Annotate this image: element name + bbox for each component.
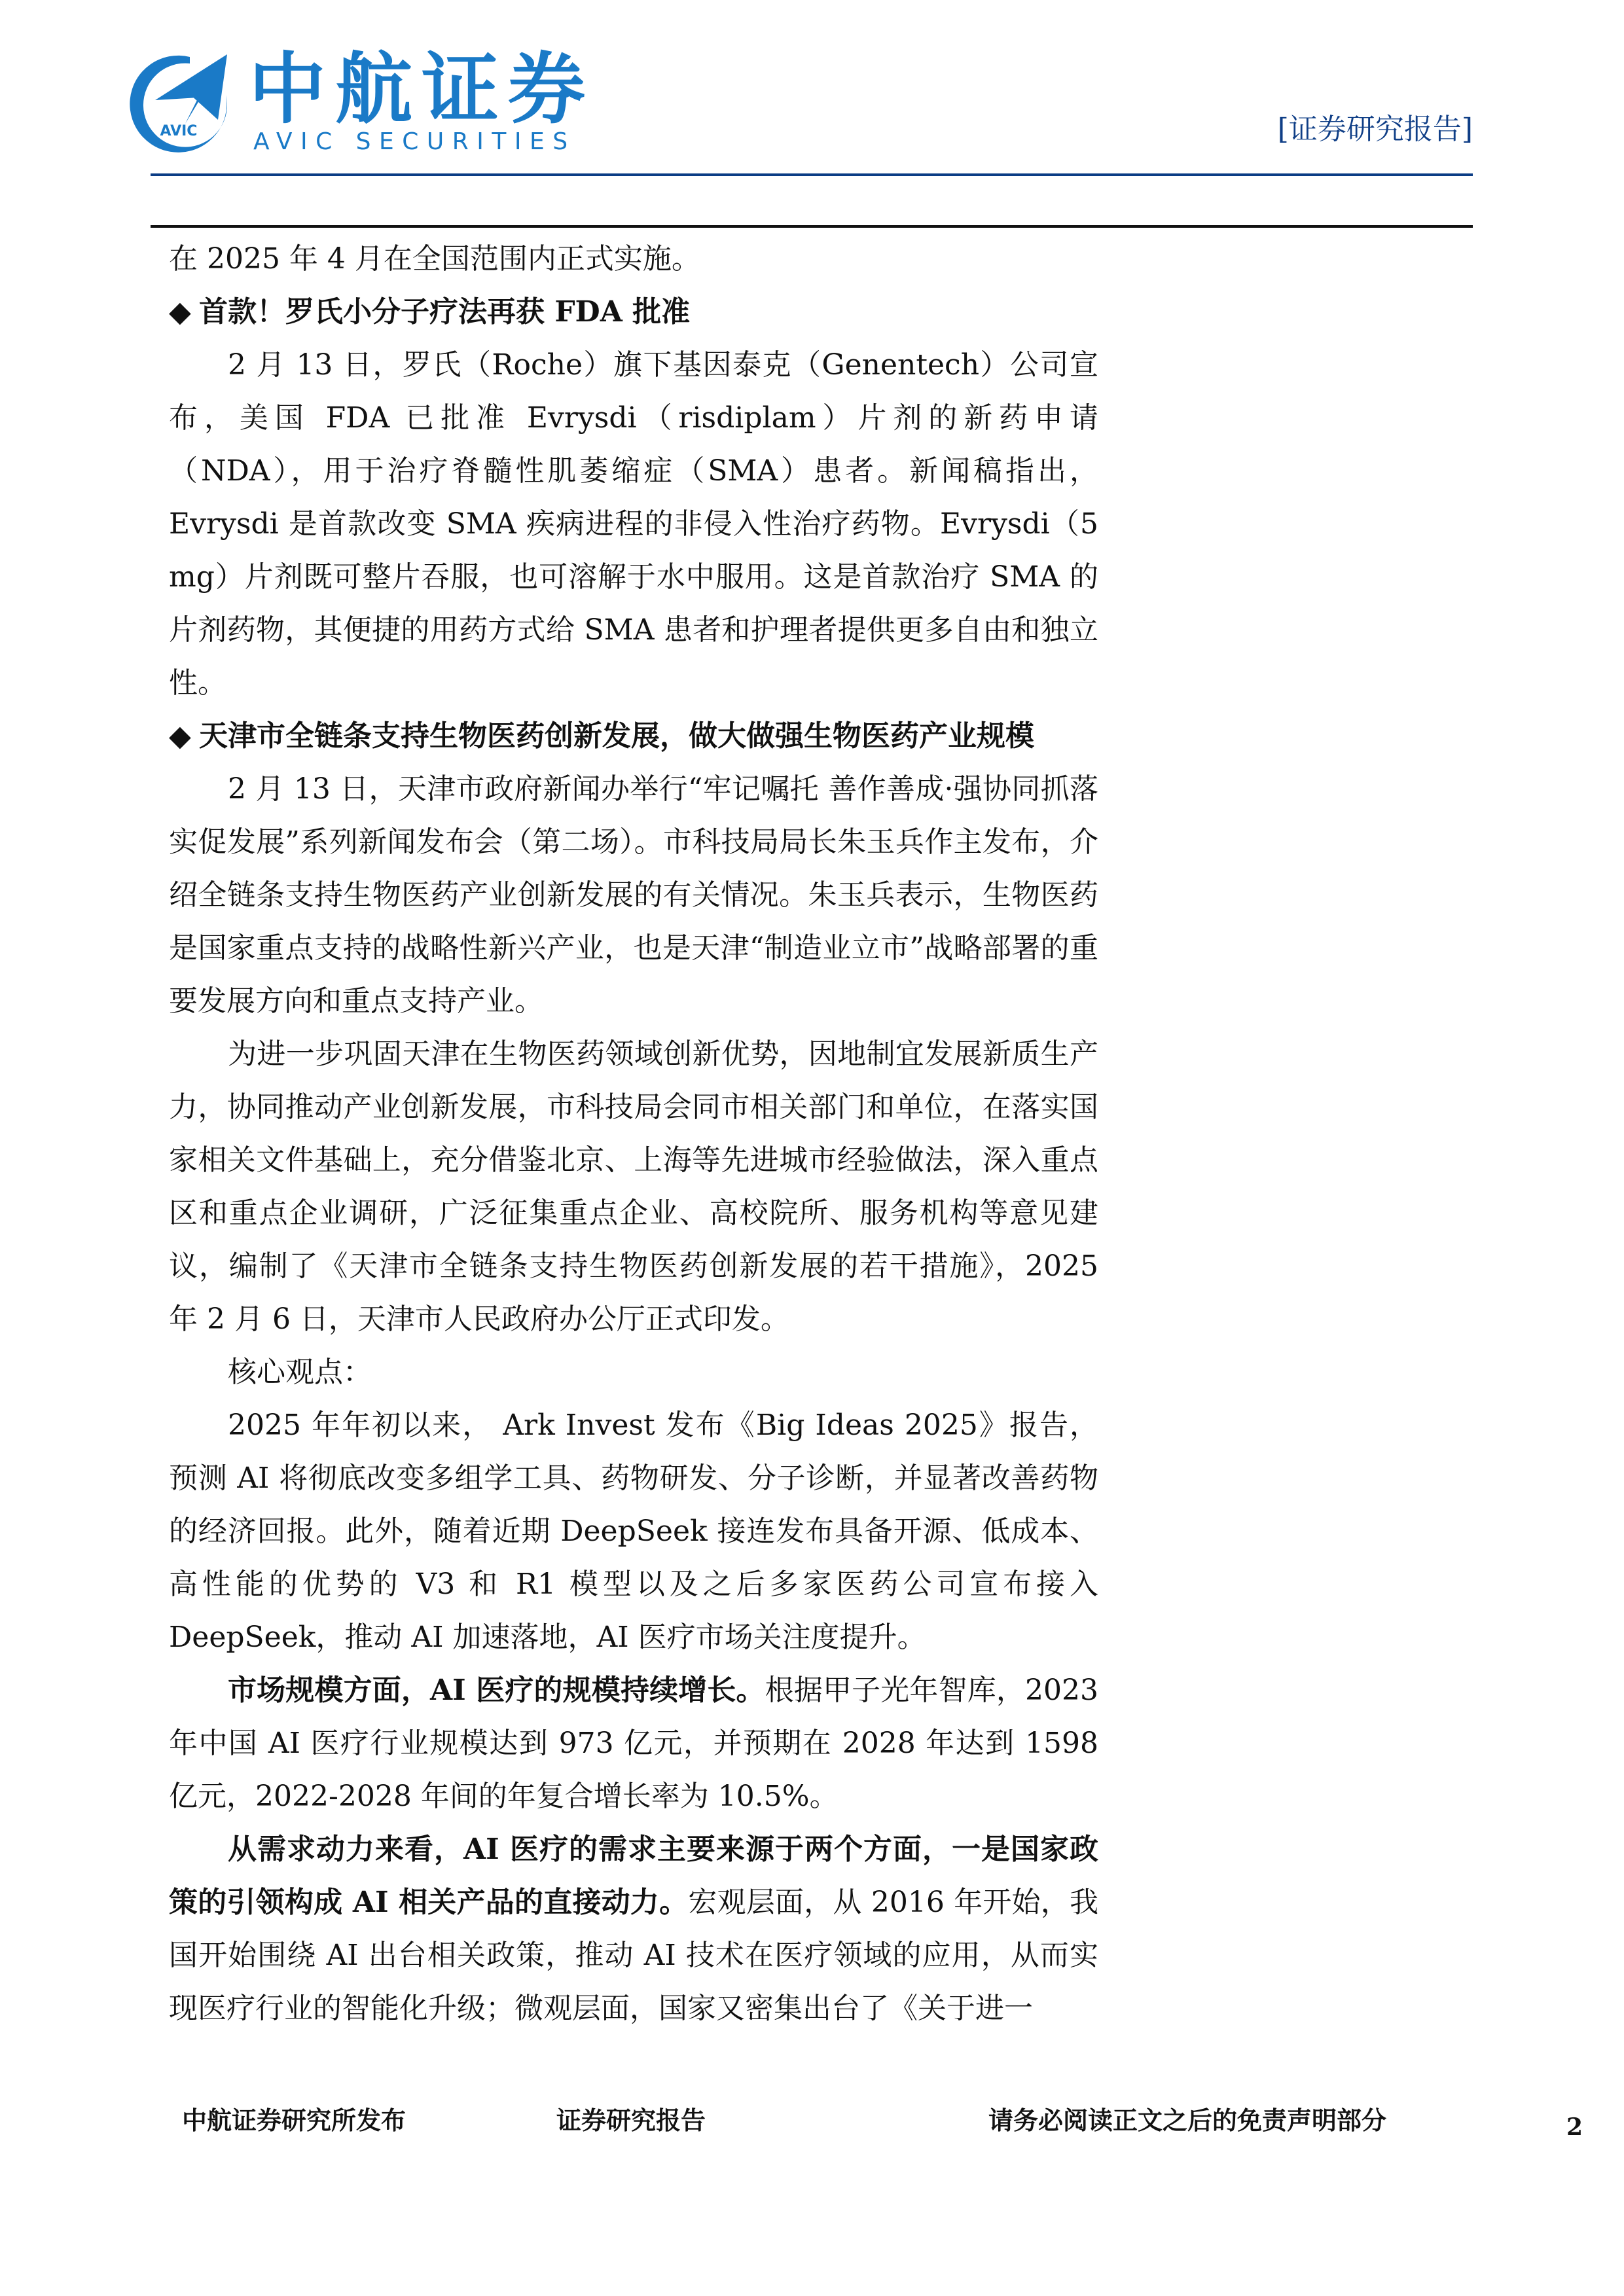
section-heading: ◆首款！罗氏小分子疗法再获 FDA 批准 bbox=[169, 285, 1098, 338]
page-number: 2 bbox=[1566, 2113, 1583, 2142]
paragraph: 2 月 13 日，天津市政府新闻办举行“牢记嘱托 善作善成·强协同抓落实促发展”… bbox=[169, 762, 1098, 1028]
avic-logo-icon: AVIC bbox=[128, 49, 232, 157]
header-rule-black bbox=[151, 225, 1473, 228]
heading-text: 首款！罗氏小分子疗法再获 FDA 批准 bbox=[199, 295, 690, 329]
diamond-bullet-icon: ◆ bbox=[169, 709, 199, 762]
company-logo: AVIC 中航证券 AVIC SECURITIES bbox=[128, 49, 553, 160]
logo-english-name: AVIC SECURITIES bbox=[253, 128, 576, 156]
diamond-bullet-icon: ◆ bbox=[169, 285, 199, 338]
section-heading: ◆天津市全链条支持生物医药创新发展，做大做强生物医药产业规模 bbox=[169, 709, 1098, 762]
footer-doc-type: 证券研究报告 bbox=[556, 2104, 706, 2137]
logo-chinese-name: 中航证券 bbox=[249, 46, 594, 132]
paragraph: 2025 年年初以来， Ark Invest 发布《Big Ideas 2025… bbox=[169, 1399, 1098, 1664]
paragraph: 从需求动力来看，AI 医疗的需求主要来源于两个方面，一是国家政策的引领构成 AI… bbox=[169, 1823, 1098, 2035]
heading-text: 天津市全链条支持生物医药创新发展，做大做强生物医药产业规模 bbox=[199, 719, 1034, 753]
paragraph: 市场规模方面，AI 医疗的规模持续增长。根据甲子光年智库，2023 年中国 AI… bbox=[169, 1664, 1098, 1823]
logo-badge-text: AVIC bbox=[160, 123, 198, 139]
report-type-label: [证券研究报告] bbox=[1278, 111, 1473, 148]
bold-lead: 市场规模方面，AI 医疗的规模持续增长。 bbox=[228, 1674, 765, 1707]
core-view-label: 核心观点： bbox=[169, 1346, 1098, 1399]
paragraph: 2 月 13 日，罗氏（Roche）旗下基因泰克（Genentech）公司宣布，… bbox=[169, 338, 1098, 709]
header-rule-blue bbox=[151, 173, 1473, 176]
footer-disclaimer-note: 请务必阅读正文之后的免责声明部分 bbox=[988, 2104, 1386, 2137]
report-body: 在 2025 年 4 月在全国范围内正式实施。 ◆首款！罗氏小分子疗法再获 FD… bbox=[169, 232, 1098, 2035]
footer-publisher: 中航证券研究所发布 bbox=[182, 2104, 406, 2137]
paragraph: 在 2025 年 4 月在全国范围内正式实施。 bbox=[169, 232, 1098, 285]
paragraph: 为进一步巩固天津在生物医药领域创新优势，因地制宜发展新质生产力，协同推动产业创新… bbox=[169, 1028, 1098, 1346]
document-page: AVIC 中航证券 AVIC SECURITIES [证券研究报告] 在 202… bbox=[0, 0, 1624, 2296]
